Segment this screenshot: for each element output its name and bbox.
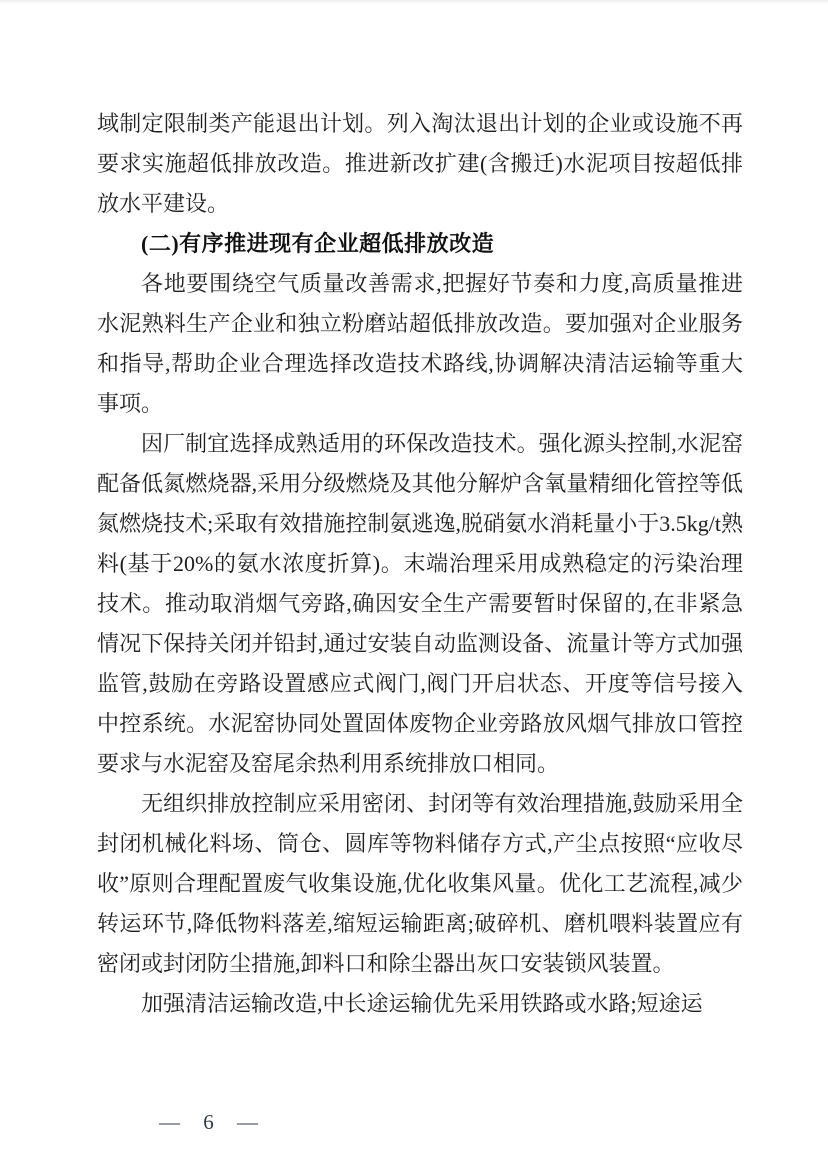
- section-heading: (二)有序推进现有企业超低排放改造: [97, 224, 743, 264]
- document-page: 域制定限制类产能退出计划。列入淘汰退出计划的企业或设施不再要求实施超低排放改造。…: [0, 0, 828, 1172]
- document-body: 域制定限制类产能退出计划。列入淘汰退出计划的企业或设施不再要求实施超低排放改造。…: [97, 104, 743, 1024]
- paragraph-retrofit-technology: 因厂制宜选择成熟适用的环保改造技术。强化源头控制,水泥窑配备低氮燃烧器,采用分级…: [97, 424, 743, 784]
- paragraph-quality-improvement: 各地要围绕空气质量改善需求,把握好节奏和力度,高质量推进水泥熟料生产企业和独立粉…: [97, 264, 743, 424]
- paragraph-clean-transport: 加强清洁运输改造,中长途运输优先采用铁路或水路;短途运: [97, 984, 743, 1024]
- paragraph-fugitive-emissions: 无组织排放控制应采用密闭、封闭等有效治理措施,鼓励采用全封闭机械化料场、筒仓、圆…: [97, 784, 743, 984]
- page-footer: — 6 —: [102, 1077, 267, 1167]
- paragraph-continuation: 域制定限制类产能退出计划。列入淘汰退出计划的企业或设施不再要求实施超低排放改造。…: [97, 104, 743, 224]
- page-number: — 6 —: [159, 1110, 267, 1134]
